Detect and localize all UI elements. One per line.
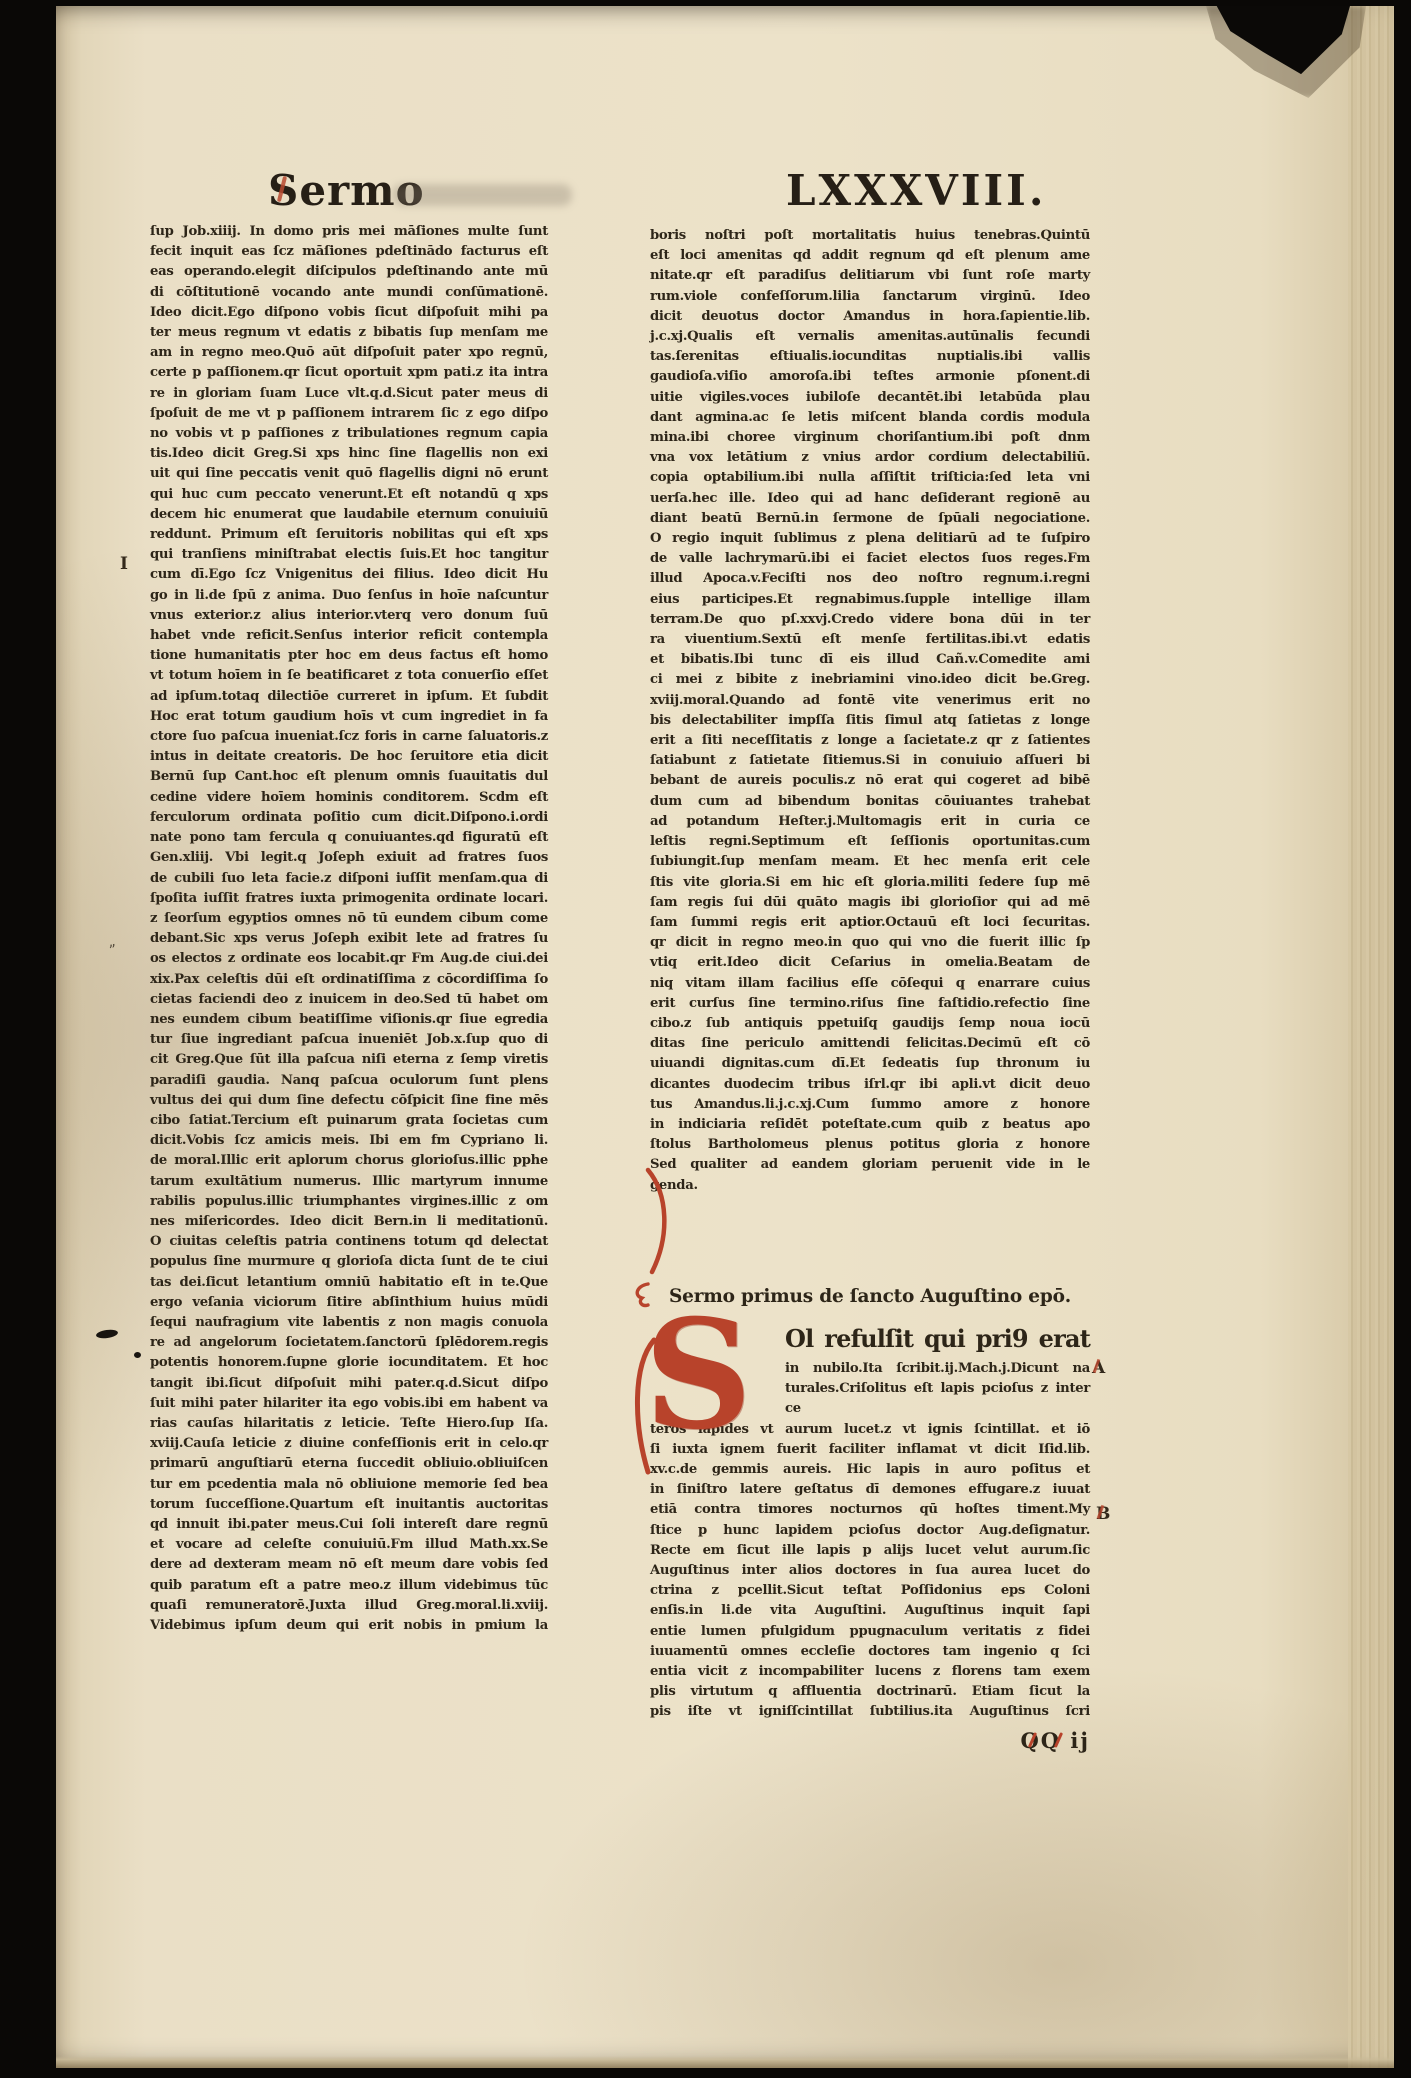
text-line: tur em pcedentia mala nō obliuione memor…	[150, 1475, 548, 1495]
text-line: vultus dei qui dum ſine defectu cōſpicit…	[150, 1091, 548, 1111]
text-line: ſup Job.xiiij. In domo pris mei māſiones…	[150, 222, 548, 242]
text-line: nes eundem cibum beatiſſime viſionis.qr …	[150, 1010, 548, 1030]
text-line: copia optabilium.ibi nulla aſſiſtit triſ…	[650, 468, 1090, 488]
text-line: ſtolus Bartholomeus plenus potitus glori…	[650, 1135, 1090, 1155]
text-line: genda.	[650, 1176, 1090, 1196]
text-line: reddunt. Primum eſt ſeruitoris nobilitas…	[150, 525, 548, 545]
text-line: O ciuitas celeſtis patria continens totu…	[150, 1232, 548, 1252]
fore-edge-page-stack	[1348, 6, 1394, 2068]
text-line: ſtis vite gloria.Si em hic eſt gloria.mi…	[650, 873, 1090, 893]
text-line: Gen.xliij. Vbi legit.q Joſeph exiuit ad …	[150, 848, 548, 868]
text-line: ſam ſummi regis erit aptior.Octauū eſt l…	[650, 913, 1090, 933]
text-line: qd innuit ibi.pater meus.Cui ſoli intere…	[150, 1515, 548, 1535]
text-line: xv.c.de gemmis aureis. Hic lapis in auro…	[650, 1460, 1090, 1480]
text-line: Bernū ſup Cant.hoc eſt plenum omnis ſuau…	[150, 767, 548, 787]
text-line: diant beatū Bernū.in ſermone de ſpūali n…	[650, 509, 1090, 529]
text-line: xix.Pax celeſtis dūi eſt ordinatiſſima z…	[150, 970, 548, 990]
text-line: tis.Ideo dicit Greg.Si xps hinc ſine fla…	[150, 444, 548, 464]
text-line: erit curſus ſine termino.riſus ſine faſt…	[650, 994, 1090, 1014]
text-line: Hoc erat totum gaudium hoīs vt cum ingre…	[150, 707, 548, 727]
text-line: xviij.moral.Quando ad fontē vite venerim…	[650, 691, 1090, 711]
text-line: pis iſte vt igniſſcintillat ſubtilius.it…	[650, 1702, 1090, 1722]
text-line: etiā contra timores nocturnos qū hoſtes …	[650, 1500, 1090, 1520]
text-line: O regio inquit ſublimus z plena delitiar…	[650, 529, 1090, 549]
text-line: Videbimus ipſum deum qui erit nobis in p…	[150, 1616, 548, 1636]
text-line: paradiſi gaudia. Nanq paſcua oculorum ſu…	[150, 1071, 548, 1091]
text-line: ſpoſuit de me vt p paſſionem intrarem ſi…	[150, 404, 548, 424]
text-line: cum dī.Ego ſcz Vnigenitus dei filius. Id…	[150, 565, 548, 585]
text-line: uiuandi dignitas.cum dī.Et ſedeatis ſup …	[650, 1054, 1090, 1074]
text-line: tas.ſerenitas eſtiualis.iocunditas nupti…	[650, 347, 1090, 367]
text-line: rabilis populus.illic triumphantes virgi…	[150, 1192, 548, 1212]
text-line: go in li.de ſpū z anima. Duo ſenſus in h…	[150, 586, 548, 606]
text-line: in indiciaria reſidēt poteſtate.cum quib…	[650, 1115, 1090, 1135]
text-line: bis delectabiliter impſſa ſitis ſimul at…	[650, 711, 1090, 731]
text-line: ci mei z bibite z inebriamini vino.ideo …	[650, 670, 1090, 690]
text-line: cedine videre hoīem hominis conditorem. …	[150, 788, 548, 808]
text-line: di cōſtitutionē vocando ante mundi conſū…	[150, 283, 548, 303]
text-line: iuuamentū omnes eccleſie doctores tam in…	[650, 1642, 1090, 1662]
text-line: j.c.xj.Qualis eſt vernalis amenitas.autū…	[650, 327, 1090, 347]
text-line: tas dei.ſicut letantium omniū habitatio …	[150, 1273, 548, 1293]
text-line: erit a ſiti neceſſitatis z longe a ſacie…	[650, 731, 1090, 751]
text-line: ergo veſania viciorum ſitire abſinthium …	[150, 1293, 548, 1313]
text-line: uerſa.hec ille. Ideo qui ad hanc deſider…	[650, 489, 1090, 509]
margin-letter-a: A	[1092, 1358, 1105, 1378]
text-line: cibo ſatiat.Tercium eſt puinarum grata ſ…	[150, 1111, 548, 1131]
dropcap-box: S	[650, 1318, 785, 1400]
text-line: nitate.qr eſt paradiſus delitiarum vbi ſ…	[650, 266, 1090, 286]
text-line: vnus exterior.z alius interior.vterq ver…	[150, 606, 548, 626]
text-line: in ſiniſtro latere geſtatus dī demones e…	[650, 1480, 1090, 1500]
text-line: ſtice p hunc lapidem pcioſus doctor Aug.…	[650, 1521, 1090, 1541]
text-line: quib paratum eſt a patre meo.z illum vid…	[150, 1576, 548, 1596]
text-line: mina.ibi choree virginum choriſantium.ib…	[650, 428, 1090, 448]
red-flourish	[642, 1166, 672, 1276]
text-line: ſatiabunt z ſatietate ſitiemus.Si in con…	[650, 751, 1090, 771]
text-line: eſt loci amenitas qd addit regnum qd eſt…	[650, 246, 1090, 266]
text-line: cit Greg.Que ſūt illa paſcua niſi eterna…	[150, 1050, 548, 1070]
text-line: dere ad dexteram meam nō eſt meum dare v…	[150, 1555, 548, 1575]
text-line: Sed qualiter ad eandem gloriam peruenit …	[650, 1155, 1090, 1175]
text-line: rum.viole confeſſorum.lilia ſanctarum vi…	[650, 287, 1090, 307]
text-line: nes miſericordes. Ideo dicit Bern.in li …	[150, 1212, 548, 1232]
sermon-opening-block: S Ol refulſit qui pri9 erat in nubilo.It…	[650, 1318, 1090, 1723]
text-line: plis virtutum q affluentia doctrinarū. E…	[650, 1682, 1090, 1702]
text-line: z ſeorſum egyptios omnes nō tū eundem ci…	[150, 909, 548, 929]
text-line: decem hic enumerat que laudabile eternum…	[150, 505, 548, 525]
text-line: ſpoſita iuſſit fratres iuxta primogenita…	[150, 889, 548, 909]
text-line: re ad angelorum ſocietatem.ſanctorū ſplē…	[150, 1333, 548, 1353]
ink-blot	[134, 1352, 141, 1358]
text-line: dicantes duodecim tribus iſrl.qr ibi apl…	[650, 1075, 1090, 1095]
text-line: entie lumen pfulgidum ppugnaculum verita…	[650, 1622, 1090, 1642]
text-line: nate pono tam fercula q conuiuantes.qd f…	[150, 828, 548, 848]
text-line: potentis honorem.ſupne glorie iocunditat…	[150, 1353, 548, 1373]
text-line: bebant de aureis poculis.z nō erat qui c…	[650, 771, 1090, 791]
left-text-column: ſup Job.xiiij. In domo pris mei māſiones…	[150, 222, 548, 1636]
text-line: ctore ſuo paſcua inueniat.ſcz foris in c…	[150, 727, 548, 747]
text-line: terram.De quo pſ.xxvj.Credo videre bona …	[650, 610, 1090, 630]
text-line: ferculorum ordinata poſitio cum dicit.Di…	[150, 808, 548, 828]
text-line: intus in deitate creatoris. De hoc ſerui…	[150, 747, 548, 767]
text-line: eius participes.Et regnabimus.ſupple int…	[650, 590, 1090, 610]
text-line: certe p paſſionem.qr ſicut oportuit xpm …	[150, 363, 548, 383]
margin-mark-i: I	[120, 554, 128, 574]
text-line: os electos z ordinate eos locabit.qr Fm …	[150, 949, 548, 969]
book-page: Sermo LXXXVIII. ſup Job.xiiij. In domo p…	[56, 6, 1394, 2068]
sermon-body-lines: teros lapides vt aurum lucet.z vt ignis …	[650, 1420, 1090, 1723]
text-line: de valle lachrymarū.ibi ei faciet electo…	[650, 549, 1090, 569]
text-line: primarū anguſtiarū eterna ſuccedit obliu…	[150, 1454, 548, 1474]
text-line: illud Apoca.v.Feciſti nos deo noſtro reg…	[650, 569, 1090, 589]
text-line: ſubiungit.ſup menſam meam. Et hec menſa …	[650, 852, 1090, 872]
text-line: tangit ibi.ſicut diſpoſuit mihi pater.q.…	[150, 1374, 548, 1394]
margin-letter-b: B	[1096, 1504, 1110, 1524]
text-line: gaudioſa.viſio amoroſa.ibi teſtes armoni…	[650, 367, 1090, 387]
ink-blot	[96, 1329, 119, 1340]
text-line: populus ſine murmure q glorioſa dicta ſu…	[150, 1252, 548, 1272]
text-line: vtiq erit.Ideo dicit Ceſarius in omelia.…	[650, 953, 1090, 973]
text-line: dant agmina.ac ſe letis miſcent blanda c…	[650, 408, 1090, 428]
ink-smudge	[392, 184, 572, 206]
text-line: ctrina z pcellit.Sicut teſtat Poſſidoniu…	[650, 1581, 1090, 1601]
text-line: uit qui ſine peccatis venit quō flagelli…	[150, 464, 548, 484]
text-line: am in regno meo.Quō aūt diſpoſuit pater …	[150, 343, 548, 363]
text-line: ad potandum Heſter.j.Multomagis erit in …	[650, 812, 1090, 832]
text-line: dicit.Vobis ſcz amicis meis. Ibi em fm C…	[150, 1131, 548, 1151]
text-line: debant.Sic xps verus Joſeph exibit lete …	[150, 929, 548, 949]
text-line: de moral.Illic erit aplorum chorus glori…	[150, 1151, 548, 1171]
text-line: et vocare ad celeſte conuiuiū.Fm illud M…	[150, 1535, 548, 1555]
text-line: niq vitam illam facilius eſſe cōſequi q …	[650, 974, 1090, 994]
text-line: re in gloriam ſuam Luce vlt.q.d.Sicut pa…	[150, 384, 548, 404]
text-line: dum cum ad bibendum bonitas cōuiuantes t…	[650, 792, 1090, 812]
text-line: leſtis regni.Septimum eſt ſeſſionis opor…	[650, 832, 1090, 852]
text-line: vt totum hoīem in ſe beatificaret z tota…	[150, 666, 548, 686]
folio-numeral: LXXXVIII.	[786, 166, 1046, 215]
text-line: vna vox letātium z vnius ardor cordium d…	[650, 448, 1090, 468]
text-line: qui tranſiens miniſtrabat electis ſuis.E…	[150, 545, 548, 565]
text-line: enſis.in li.de vita Auguſtini. Auguſtinu…	[650, 1601, 1090, 1621]
text-line: tus Amandus.li.j.c.xj.Cum ſummo amore z …	[650, 1095, 1090, 1115]
text-line: habet vnde reficit.Senſus interior refic…	[150, 626, 548, 646]
text-line: cibo.z ſub antiquis ppetuiſq gaudijs ſem…	[650, 1014, 1090, 1034]
text-line: ter meus regnum vt edatis z bibatis ſup …	[150, 323, 548, 343]
text-line: fecit inquit eas ſcz māſiones pdeſtinādo…	[150, 242, 548, 262]
text-line: no vobis vt p paſſiones z tribulationes …	[150, 424, 548, 444]
text-line: et bibatis.Ibi tunc dī eis illud Cañ.v.C…	[650, 650, 1090, 670]
text-line: torum ſucceſſione.Quartum eſt inuitantis…	[150, 1495, 548, 1515]
text-line: Ideo dicit.Ego diſpono vobis ſicut diſpo…	[150, 303, 548, 323]
text-line: tione humanitatis pter hoc em deus factu…	[150, 646, 548, 666]
text-line: uitie vigiles.voces iubiloſe decantēt.ib…	[650, 388, 1090, 408]
text-line: boris noſtri poſt mortalitatis huius ten…	[650, 226, 1090, 246]
text-line: ditas ſine periculo amittendi felicitas.…	[650, 1034, 1090, 1054]
text-line: tarum exultātium numerus. Illic martyrum…	[150, 1172, 548, 1192]
text-line: ad ipſum.totaq dilectiōe curreret in ipſ…	[150, 687, 548, 707]
bottom-page-edge	[56, 2056, 1394, 2068]
text-line: quaſi remuneratorē.Juxta illud Greg.mora…	[150, 1596, 548, 1616]
text-line: entia vicit z incompabiliter lucens z fl…	[650, 1662, 1090, 1682]
text-line: rias cauſas hilaritatis z leticie. Teſte…	[150, 1414, 548, 1434]
scanned-book-photo: { "header": { "title": "Sermo", "folio_n…	[0, 0, 1411, 2078]
margin-tick: „	[106, 933, 116, 950]
right-text-column: boris noſtri poſt mortalitatis huius ten…	[650, 226, 1090, 1196]
text-line: ſequi naufragium vite labentis z non mag…	[150, 1313, 548, 1333]
text-line: eas operando.elegit diſcipulos pdeſtinan…	[150, 262, 548, 282]
text-line: tur ſiue ingrediant paſcua inueniēt Job.…	[150, 1030, 548, 1050]
text-line: xviij.Cauſa leticie z diuine confeſſioni…	[150, 1434, 548, 1454]
text-line: qr dicit in regno meo.in quo qui vno die…	[650, 933, 1090, 953]
text-line: Recte em ſicut ille lapis p alijs lucet …	[650, 1541, 1090, 1561]
text-line: Auguſtinus inter alios doctores in ſua a…	[650, 1561, 1090, 1581]
text-line: de cubili ſuo leta facie.z diſponi iuſſi…	[150, 869, 548, 889]
text-line: ſuit mihi pater hilariter ita ego vobis.…	[150, 1394, 548, 1414]
text-line: cietas faciendi deo z inuicem in deo.Sed…	[150, 990, 548, 1010]
lombard-initial-s: S	[644, 1300, 752, 1450]
text-line: qui huc cum peccato venerunt.Et eſt nota…	[150, 485, 548, 505]
initial-tail-flourish	[630, 1336, 660, 1476]
text-line: ſam regis ſui dūi quāto magis ibi glorio…	[650, 893, 1090, 913]
text-line: ra viuentium.Sextū eſt menſe fertilitas.…	[650, 630, 1090, 650]
text-line: dicit deuotus doctor Amandus in hora.ſap…	[650, 307, 1090, 327]
quire-signature: QQ ij	[650, 1728, 1090, 1753]
